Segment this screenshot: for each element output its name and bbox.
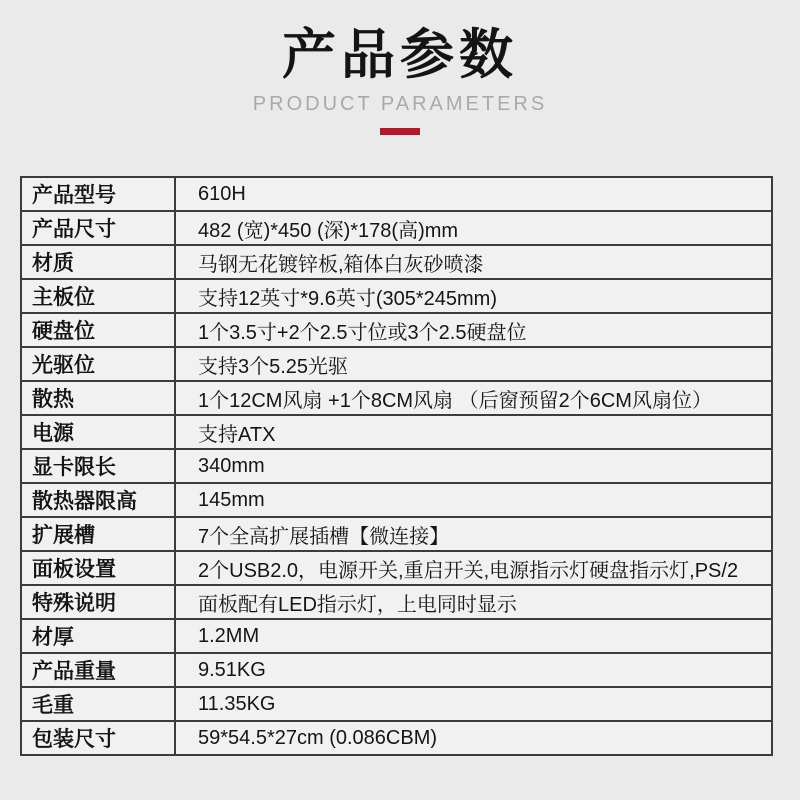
spec-row: 显卡限长340mm (21, 449, 772, 483)
spec-value: 340mm (175, 449, 772, 483)
spec-table-body: 产品型号610H产品尺寸482 (宽)*450 (深)*178(高)mm材质马钢… (21, 177, 772, 755)
spec-value: 11.35KG (175, 687, 772, 721)
spec-value: 支持ATX (175, 415, 772, 449)
spec-label: 扩展槽 (21, 517, 175, 551)
spec-row: 光驱位支持3个5.25光驱 (21, 347, 772, 381)
spec-row: 包装尺寸59*54.5*27cm (0.086CBM) (21, 721, 772, 755)
page-title: 产品参数 (0, 0, 800, 86)
spec-value: 1个3.5寸+2个2.5寸位或3个2.5硬盘位 (175, 313, 772, 347)
spec-label: 主板位 (21, 279, 175, 313)
spec-row: 面板设置2个USB2.0，电源开关,重启开关,电源指示灯硬盘指示灯,PS/2 (21, 551, 772, 585)
spec-label: 光驱位 (21, 347, 175, 381)
spec-row: 主板位支持12英寸*9.6英寸(305*245mm) (21, 279, 772, 313)
spec-value: 482 (宽)*450 (深)*178(高)mm (175, 211, 772, 245)
spec-label: 面板设置 (21, 551, 175, 585)
spec-row: 毛重11.35KG (21, 687, 772, 721)
spec-label: 电源 (21, 415, 175, 449)
spec-label: 毛重 (21, 687, 175, 721)
spec-label: 显卡限长 (21, 449, 175, 483)
spec-row: 材质马钢无花镀锌板,箱体白灰砂喷漆 (21, 245, 772, 279)
spec-value: 7个全高扩展插槽【微连接】 (175, 517, 772, 551)
spec-value: 支持3个5.25光驱 (175, 347, 772, 381)
spec-label: 包装尺寸 (21, 721, 175, 755)
spec-row: 产品重量9.51KG (21, 653, 772, 687)
spec-row: 电源支持ATX (21, 415, 772, 449)
spec-label: 散热器限高 (21, 483, 175, 517)
spec-row: 产品尺寸482 (宽)*450 (深)*178(高)mm (21, 211, 772, 245)
spec-value: 2个USB2.0，电源开关,重启开关,电源指示灯硬盘指示灯,PS/2 (175, 551, 772, 585)
page-header: 产品参数 PRODUCT PARAMETERS (0, 0, 800, 135)
spec-row: 扩展槽7个全高扩展插槽【微连接】 (21, 517, 772, 551)
spec-label: 产品重量 (21, 653, 175, 687)
spec-value: 1个12CM风扇 +1个8CM风扇 （后窗预留2个6CM风扇位） (175, 381, 772, 415)
accent-bar (380, 128, 420, 135)
spec-value: 9.51KG (175, 653, 772, 687)
spec-value: 145mm (175, 483, 772, 517)
spec-row: 产品型号610H (21, 177, 772, 211)
spec-row: 硬盘位1个3.5寸+2个2.5寸位或3个2.5硬盘位 (21, 313, 772, 347)
spec-row: 散热器限高145mm (21, 483, 772, 517)
spec-value: 支持12英寸*9.6英寸(305*245mm) (175, 279, 772, 313)
spec-row: 材厚1.2MM (21, 619, 772, 653)
spec-label: 材厚 (21, 619, 175, 653)
spec-label: 产品型号 (21, 177, 175, 211)
page-subtitle: PRODUCT PARAMETERS (0, 93, 800, 116)
spec-label: 硬盘位 (21, 313, 175, 347)
product-spec-table: 产品型号610H产品尺寸482 (宽)*450 (深)*178(高)mm材质马钢… (20, 176, 773, 756)
spec-label: 材质 (21, 245, 175, 279)
spec-label: 散热 (21, 381, 175, 415)
spec-value: 马钢无花镀锌板,箱体白灰砂喷漆 (175, 245, 772, 279)
spec-value: 面板配有LED指示灯，上电同时显示 (175, 585, 772, 619)
spec-label: 产品尺寸 (21, 211, 175, 245)
spec-value: 610H (175, 177, 772, 211)
spec-label: 特殊说明 (21, 585, 175, 619)
spec-row: 特殊说明面板配有LED指示灯，上电同时显示 (21, 585, 772, 619)
spec-value: 59*54.5*27cm (0.086CBM) (175, 721, 772, 755)
spec-row: 散热1个12CM风扇 +1个8CM风扇 （后窗预留2个6CM风扇位） (21, 381, 772, 415)
spec-value: 1.2MM (175, 619, 772, 653)
